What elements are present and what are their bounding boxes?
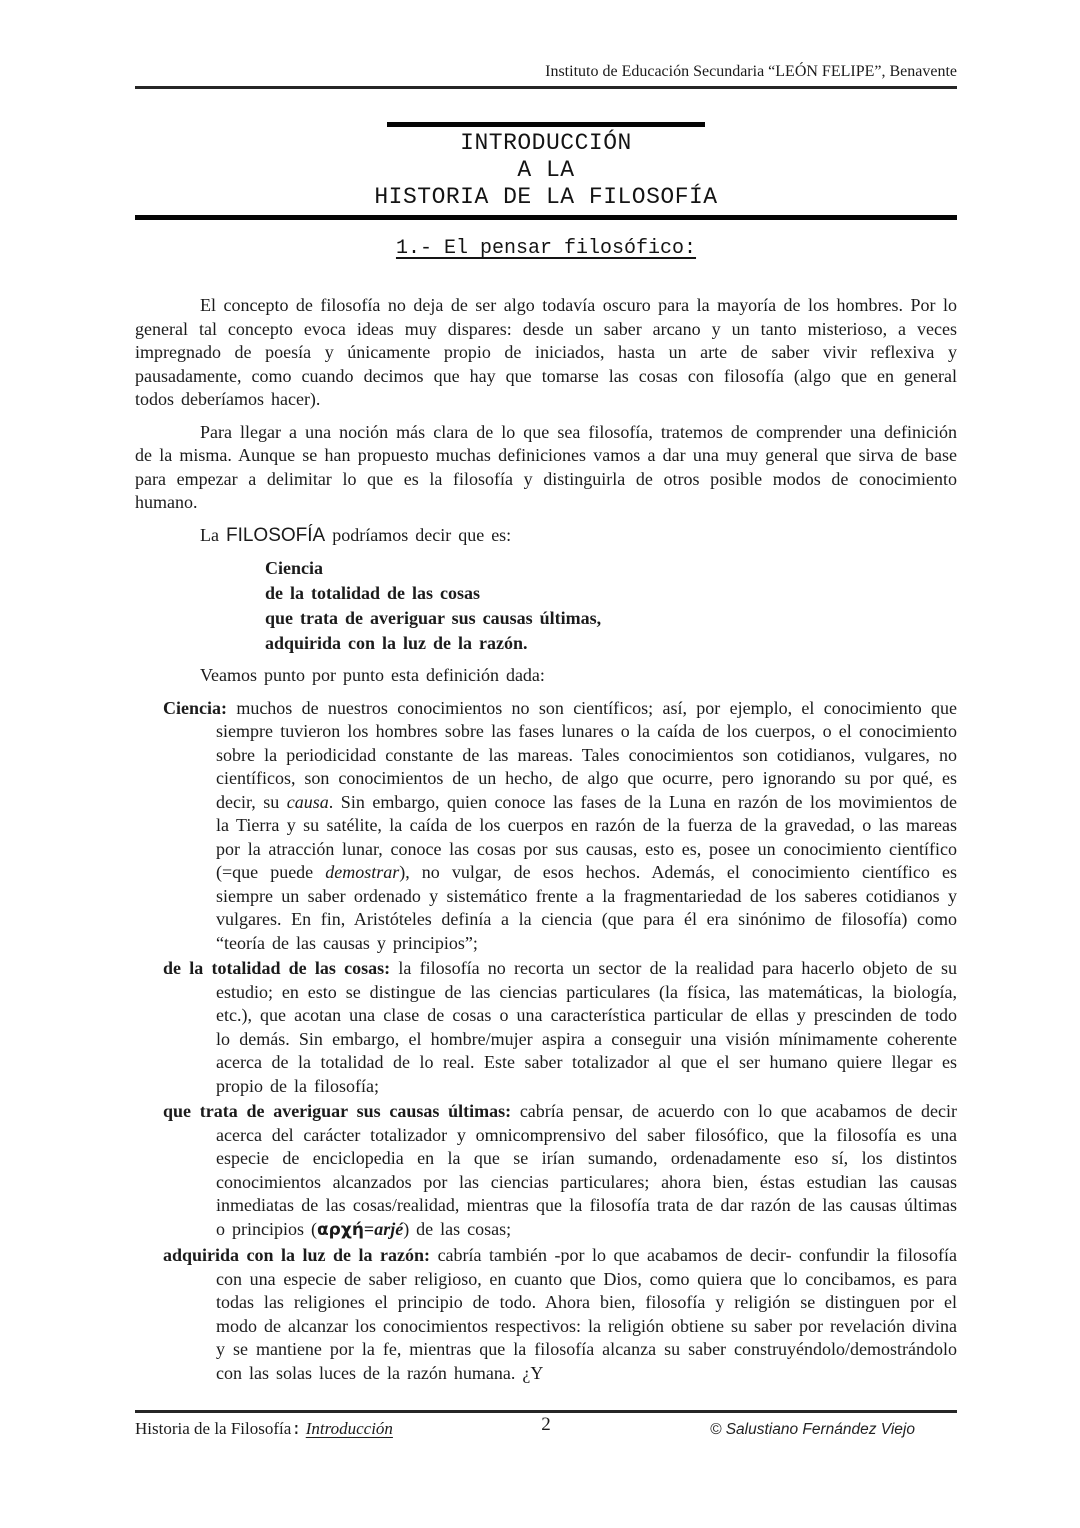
definition-line-1: Ciencia	[265, 556, 957, 581]
title-line-1: INTRODUCCIÓN	[135, 130, 957, 157]
footer-author: © Salustiano Fernández Viejo	[710, 1421, 915, 1439]
footer-course: Historia de la Filosofía	[135, 1419, 291, 1438]
item-term: de la totalidad de las cosas:	[163, 958, 390, 978]
item-term: adquirida con la luz de la razón:	[163, 1245, 430, 1265]
footer-course-label: Historia de la Filosofía: Introducción	[135, 1419, 393, 1438]
item-body-run: cabría pensar, de acuerdo con lo que aca…	[216, 1101, 957, 1239]
definition-block: Ciencia de la totalidad de las cosas que…	[265, 556, 957, 656]
definition-item-ciencia: Ciencia: muchos de nuestros conocimiento…	[135, 697, 957, 956]
body-text: El concepto de filosofía no deja de ser …	[135, 294, 957, 1385]
definition-item-causas-ultimas: que trata de averiguar sus causas última…	[135, 1100, 957, 1242]
footer-page-number: 2	[541, 1414, 551, 1436]
item-body-run: la filosofía no recorta un sector de la …	[216, 958, 957, 1096]
italic-arje: arjé	[374, 1219, 403, 1239]
item-term: Ciencia:	[163, 698, 227, 718]
title-line-2: A LA	[135, 157, 957, 184]
definition-item-razon: adquirida con la luz de la razón: cabría…	[135, 1244, 957, 1385]
title-top-rule	[387, 122, 705, 127]
equals-sign: =	[364, 1219, 374, 1239]
title-line-3: HISTORIA DE LA FILOSOFÍA	[135, 184, 957, 211]
page-footer: Historia de la Filosofía: Introducción 2…	[135, 1410, 957, 1440]
footer-colon: :	[291, 1421, 301, 1440]
filosofia-term: FILOSOFÍA	[226, 525, 325, 546]
lead-after: podríamos decir que es:	[325, 525, 511, 545]
title-block: INTRODUCCIÓN A LA HISTORIA DE LA FILOSOF…	[135, 122, 957, 220]
document-title: INTRODUCCIÓN A LA HISTORIA DE LA FILOSOF…	[135, 130, 957, 211]
lead-before: La	[200, 525, 226, 545]
footer-section: Introducción	[306, 1419, 393, 1438]
item-body-run: ) de las cosas;	[403, 1219, 511, 1239]
footer-row: Historia de la Filosofía: Introducción 2…	[135, 1413, 957, 1440]
definition-line-3: que trata de averiguar sus causas última…	[265, 606, 957, 631]
page-header: Instituto de Educación Secundaria “LEÓN …	[135, 62, 957, 86]
item-term: que trata de averiguar sus causas última…	[163, 1101, 511, 1121]
definition-item-totalidad: de la totalidad de las cosas: la filosof…	[135, 957, 957, 1098]
document-page: Instituto de Educación Secundaria “LEÓN …	[0, 0, 1080, 1528]
italic-causa: causa	[287, 792, 329, 812]
section-heading: 1.- El pensar filosófico:	[135, 237, 957, 261]
definition-line-2: de la totalidad de las cosas	[265, 581, 957, 606]
italic-demostrar: demostrar	[325, 862, 399, 882]
intro-paragraph-2: Para llegar a una noción más clara de lo…	[135, 421, 957, 515]
definition-lead: La FILOSOFÍA podríamos decir que es:	[135, 524, 957, 548]
definition-followup: Veamos punto por punto esta definición d…	[135, 664, 957, 688]
header-rule	[135, 86, 957, 89]
definition-line-4: adquirida con la luz de la razón.	[265, 631, 957, 656]
intro-paragraph-1: El concepto de filosofía no deja de ser …	[135, 294, 957, 412]
institution-text: Instituto de Educación Secundaria “LEÓN …	[545, 63, 957, 80]
item-body-run: cabría también -por lo que acabamos de d…	[216, 1245, 957, 1383]
definition-list: Ciencia: muchos de nuestros conocimiento…	[135, 697, 957, 1386]
title-bottom-rule	[135, 215, 957, 220]
greek-arche-term: αρχή	[317, 1220, 364, 1240]
